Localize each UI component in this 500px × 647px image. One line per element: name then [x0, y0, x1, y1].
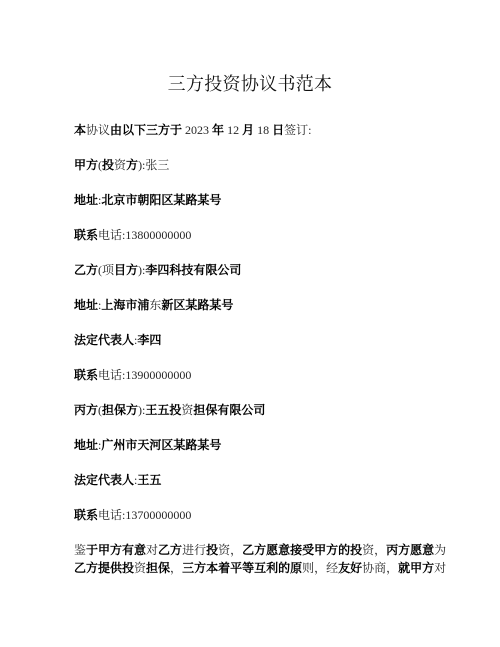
text-line: 乙方提供投资担保，三方本着平等互利的原则，经友好协商，就甲方对 [74, 559, 448, 577]
text-segment: 王五 [137, 473, 161, 487]
document-body: 本协议由以下三方于 2023 年 12 月 18 日签订:甲方(投资方):张三地… [0, 121, 500, 577]
text-segment: 丙方 [74, 403, 98, 417]
text-segment: 于甲方有意 [86, 543, 146, 557]
paragraph: 联系电话:13800000000 [74, 226, 448, 244]
text-segment: 新区某路某号 [161, 298, 233, 312]
text-segment: 协议 [86, 123, 110, 137]
text-segment: 丙方愿意 [386, 543, 434, 557]
paragraph: 联系电话:13900000000 [74, 366, 448, 384]
text-line: 乙方(项目方):李四科技有限公司 [74, 261, 448, 279]
text-segment: 2023 [182, 123, 212, 137]
text-line: 丙方(担保方):王五投资担保有限公司 [74, 401, 448, 419]
text-line: 法定代表人:王五 [74, 471, 448, 489]
text-segment: 对 [434, 561, 446, 575]
text-segment: 12 [224, 123, 242, 137]
paragraph: 鉴于甲方有意对乙方进行投资，乙方愿意接受甲方的投资，丙方愿意为乙方提供投资担保，… [74, 541, 448, 577]
text-segment: 乙方 [74, 263, 98, 277]
text-segment: 协商， [362, 561, 398, 575]
text-line: 法定代表人:李四 [74, 331, 448, 349]
paragraph: 地址:广州市天河区某路某号 [74, 436, 448, 454]
text-segment: 资， [362, 543, 386, 557]
text-segment: 就甲方 [398, 561, 434, 575]
text-segment: (项 [98, 263, 114, 277]
text-segment: ):张三 [138, 158, 169, 172]
text-segment: 地址 [74, 438, 98, 452]
text-segment: 电话:13800000000 [98, 228, 191, 242]
text-segment: 电话:13700000000 [98, 508, 191, 522]
text-segment: 李四科技有限公司 [145, 263, 241, 277]
text-segment: 资 [181, 403, 193, 417]
paragraph: 本协议由以下三方于 2023 年 12 月 18 日签订: [74, 121, 448, 139]
text-segment: 三方本着平等互利的原 [182, 561, 302, 575]
text-segment: 为 [434, 543, 446, 557]
text-segment: 担保 [146, 561, 170, 575]
text-segment: 法定代表人 [74, 333, 134, 347]
text-segment: 资， [218, 543, 242, 557]
text-line: 本协议由以下三方于 2023 年 12 月 18 日签订: [74, 121, 448, 139]
document-page: 三方投资协议书范本 本协议由以下三方于 2023 年 12 月 18 日签订:甲… [0, 0, 500, 647]
text-line: 地址:北京市朝阳区某路某号 [74, 191, 448, 209]
text-segment: 联系 [74, 228, 98, 242]
text-segment: 东 [149, 298, 161, 312]
text-segment: 鉴 [74, 543, 86, 557]
text-line: 地址:上海市浦东新区某路某号 [74, 296, 448, 314]
paragraph: 法定代表人:李四 [74, 331, 448, 349]
text-segment: 年 [212, 123, 224, 137]
text-segment: 上海市浦 [101, 298, 149, 312]
text-line: 联系电话:13900000000 [74, 366, 448, 384]
paragraph: 乙方(项目方):李四科技有限公司 [74, 261, 448, 279]
text-segment: 担保有限公司 [193, 403, 265, 417]
text-segment: 日 [272, 123, 284, 137]
text-segment: ， [170, 561, 182, 575]
text-segment: 18 [254, 123, 272, 137]
text-line: 地址:广州市天河区某路某号 [74, 436, 448, 454]
text-segment: 签订: [284, 123, 311, 137]
text-segment: 地址 [74, 193, 98, 207]
text-segment: 方 [126, 158, 138, 172]
text-segment: 北京市朝阳区某路某号 [101, 193, 221, 207]
text-segment: 资 [134, 561, 146, 575]
text-segment: 对 [146, 543, 158, 557]
text-line: 甲方(投资方):张三 [74, 156, 448, 174]
paragraph: 丙方(担保方):王五投资担保有限公司 [74, 401, 448, 419]
text-line: 鉴于甲方有意对乙方进行投资，乙方愿意接受甲方的投资，丙方愿意为 [74, 541, 448, 559]
text-segment: 目方 [114, 263, 138, 277]
text-segment: 联系 [74, 368, 98, 382]
text-segment: 广州市天河区某路某号 [101, 438, 221, 452]
text-segment: 本 [74, 123, 86, 137]
paragraph: 地址:北京市朝阳区某路某号 [74, 191, 448, 209]
text-segment: 地址 [74, 298, 98, 312]
text-segment: 资 [114, 158, 126, 172]
text-line: 联系电话:13700000000 [74, 506, 448, 524]
document-title: 三方投资协议书范本 [0, 71, 500, 98]
text-segment: 乙方提供投 [74, 561, 134, 575]
text-segment: 友好 [338, 561, 362, 575]
paragraph: 甲方(投资方):张三 [74, 156, 448, 174]
text-segment: 由以下三方于 [110, 123, 182, 137]
text-segment: 电话:13900000000 [98, 368, 191, 382]
text-segment: 甲方 [74, 158, 98, 172]
text-segment: 乙方 [158, 543, 182, 557]
text-segment: 进行 [182, 543, 206, 557]
text-segment: 李四 [137, 333, 161, 347]
text-segment: 担保方 [102, 403, 138, 417]
text-segment: 王五投 [145, 403, 181, 417]
paragraph: 地址:上海市浦东新区某路某号 [74, 296, 448, 314]
text-segment: 联系 [74, 508, 98, 522]
text-segment: 投 [206, 543, 218, 557]
text-segment: 法定代表人 [74, 473, 134, 487]
text-segment: 则，经 [302, 561, 338, 575]
text-segment: 投 [102, 158, 114, 172]
text-segment: 乙方愿意接受甲方的投 [242, 543, 362, 557]
text-segment: 月 [242, 123, 254, 137]
paragraph: 联系电话:13700000000 [74, 506, 448, 524]
text-line: 联系电话:13800000000 [74, 226, 448, 244]
paragraph: 法定代表人:王五 [74, 471, 448, 489]
